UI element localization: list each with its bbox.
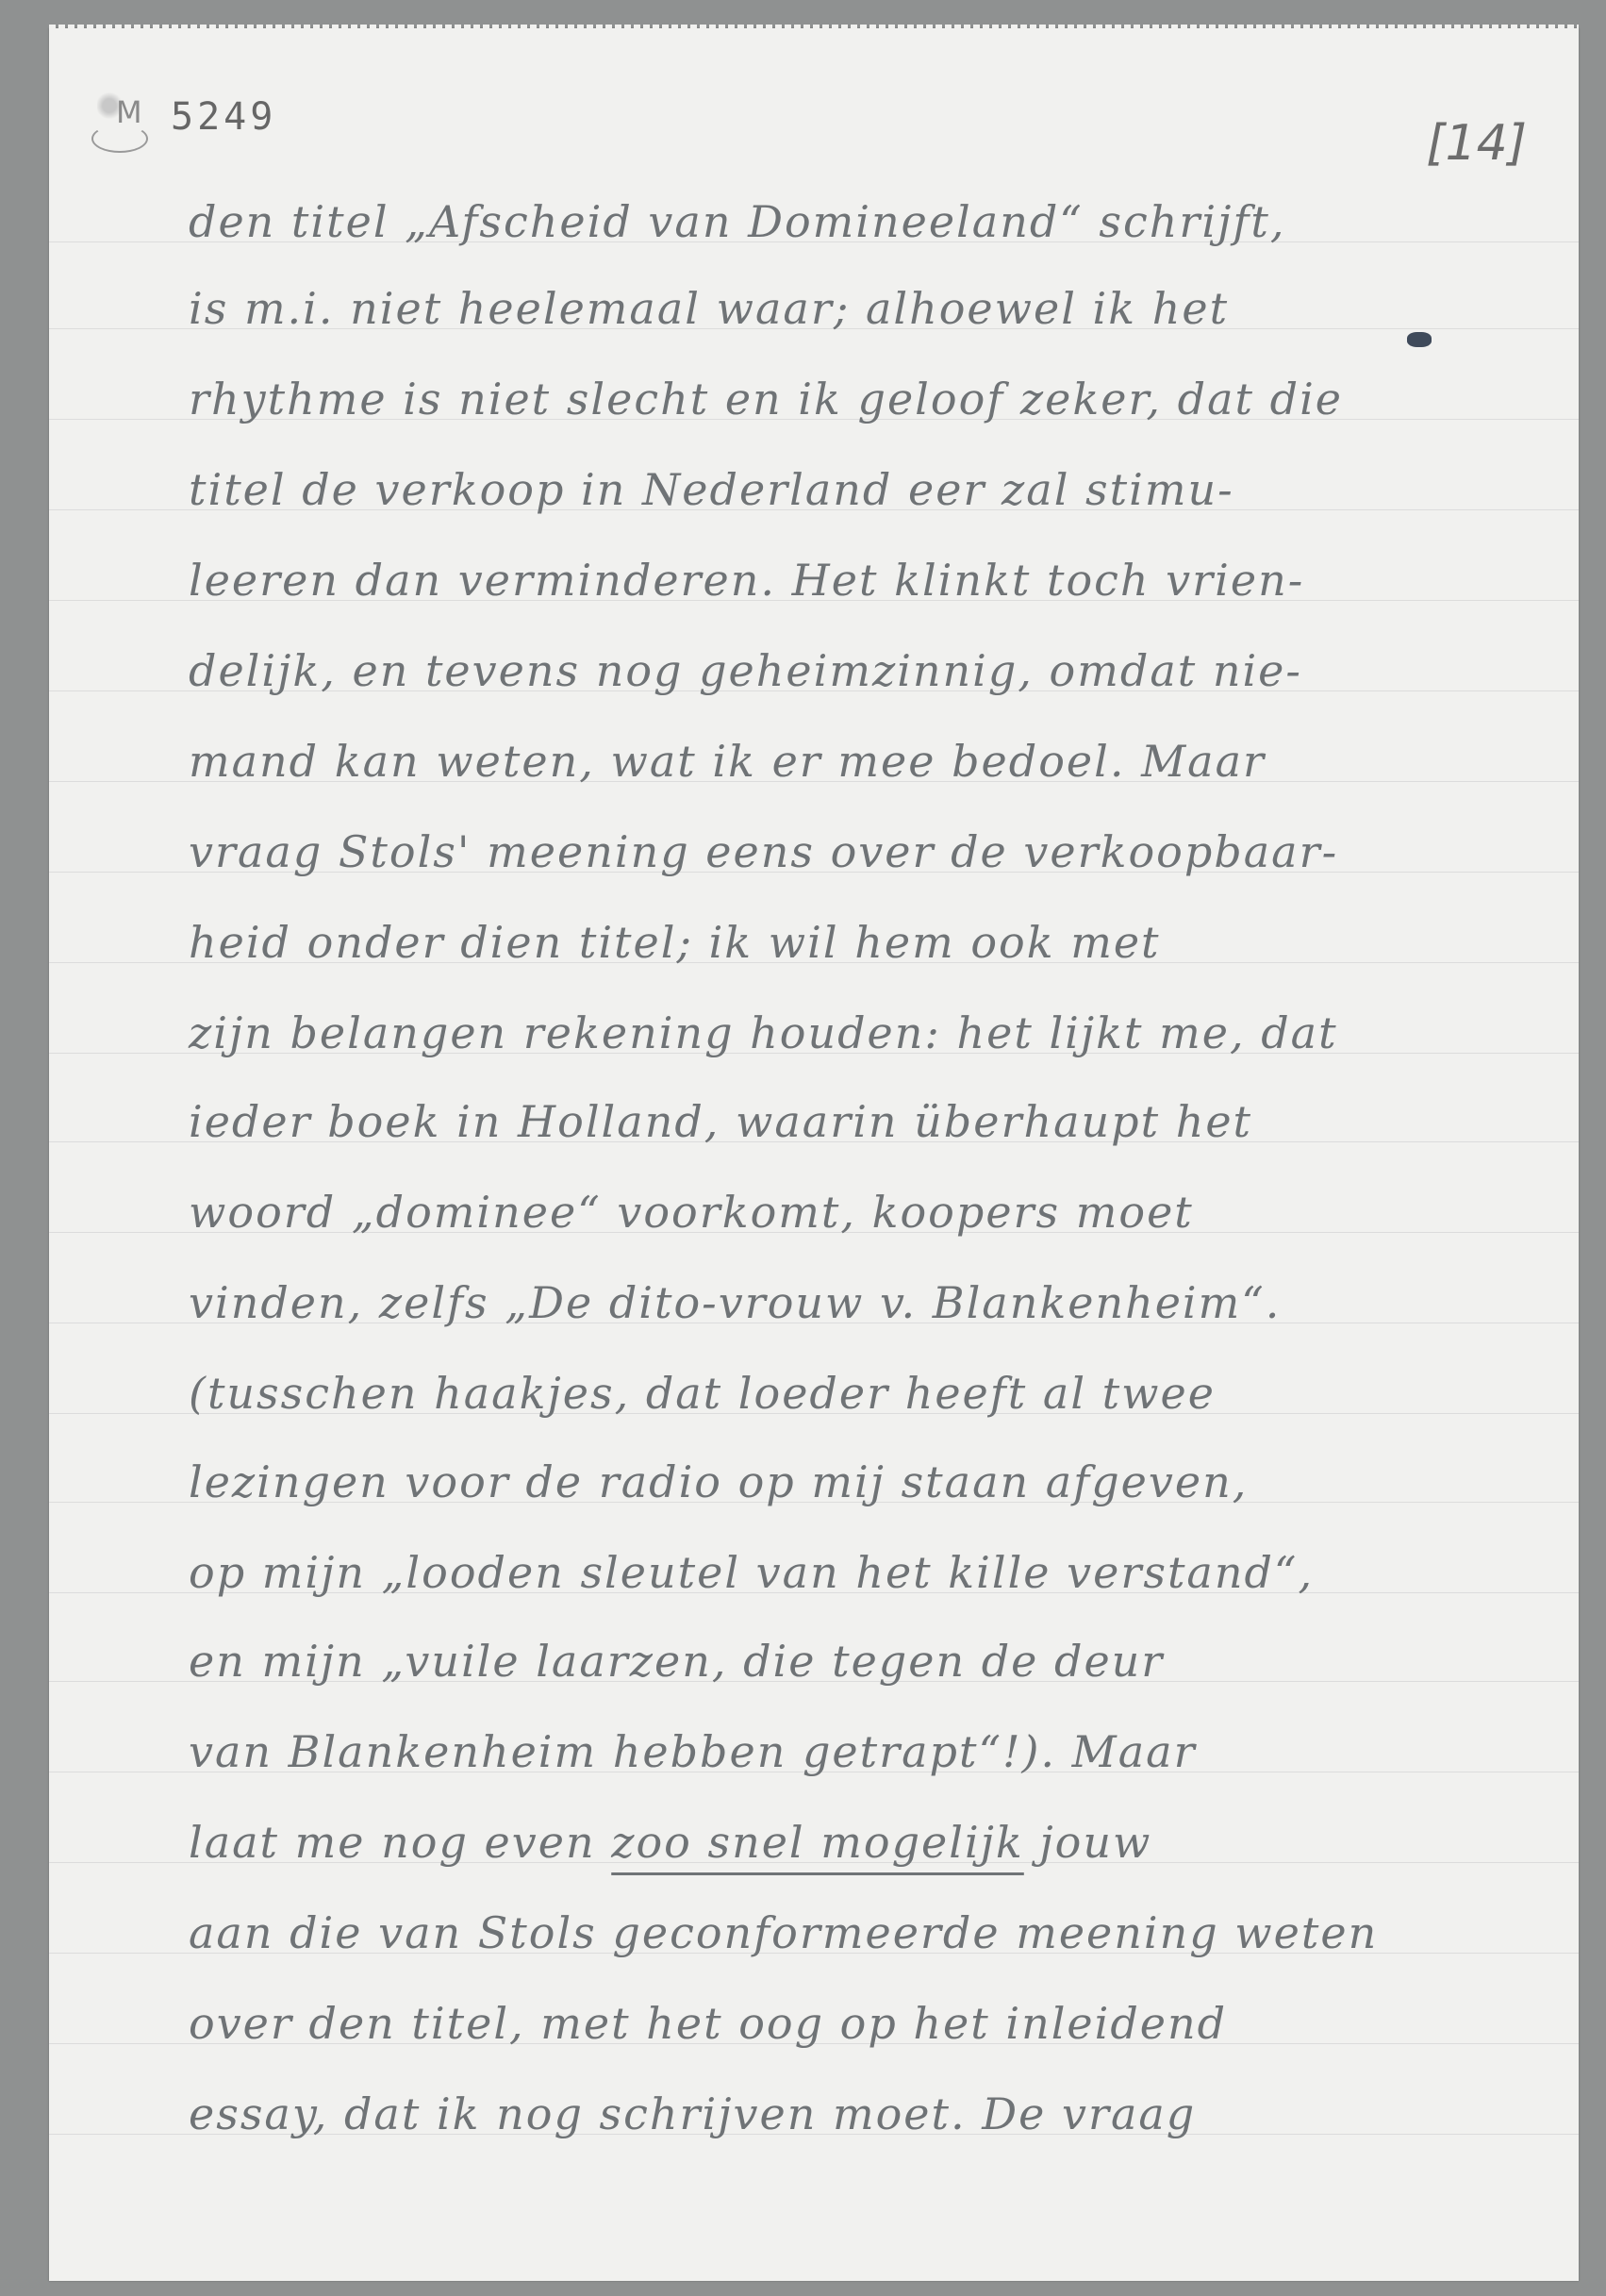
- text-line: essay, dat ik nog schrijven moet. De vra…: [189, 2088, 1196, 2139]
- text-line: zijn belangen rekening houden: het lijkt…: [189, 1007, 1338, 1058]
- text-line: titel de verkoop in Nederland eer zal st…: [189, 464, 1234, 515]
- text-line: vraag Stols' meening eens over de verkoo…: [189, 826, 1338, 877]
- archive-lion-monogram-icon: M: [91, 83, 150, 151]
- text-line: aan die van Stols geconformeerde meening…: [189, 1907, 1378, 1958]
- page-number: [14]: [1426, 115, 1527, 172]
- text-line: over den titel, met het oog op het inlei…: [189, 1998, 1227, 2049]
- text-line: heid onder dien titel; ik wil hem ook me…: [189, 917, 1161, 968]
- text-line: (tusschen haakjes, dat loeder heeft al t…: [189, 1368, 1216, 1419]
- text-line: woord „dominee“ voorkomt, koopers moet: [189, 1187, 1194, 1238]
- text-line: en mijn „vuile laarzen, die tegen de deu…: [189, 1636, 1164, 1687]
- text-line: den titel „Afscheid van Domineeland“ sch…: [189, 196, 1286, 247]
- text-line: leeren dan verminderen. Het klinkt toch …: [189, 555, 1304, 606]
- archive-stamp: M 5249: [91, 83, 276, 151]
- letter-page: M 5249 [14] den titel „Afscheid van Domi…: [49, 28, 1579, 2281]
- text-line: laat me nog even zoo snel mogelijk jouw: [189, 1817, 1151, 1868]
- ink-blot: [1407, 332, 1432, 347]
- text-line: vinden, zelfs „De dito-vrouw v. Blankenh…: [189, 1277, 1281, 1328]
- archive-number: 5249: [171, 95, 276, 139]
- text-line: lezingen voor de radio op mij staan afge…: [189, 1456, 1248, 1507]
- text-line: op mijn „looden sleutel van het kille ve…: [189, 1547, 1314, 1598]
- text-line: ieder boek in Holland, waarin überhaupt …: [189, 1096, 1252, 1147]
- underlined-phrase: zoo snel mogelijk: [611, 1817, 1024, 1868]
- text-line: mand kan weten, wat ik er mee bedoel. Ma…: [189, 736, 1266, 787]
- text-line: is m.i. niet heelemaal waar; alhoewel ik…: [189, 283, 1229, 334]
- text-line: van Blankenheim hebben getrapt“!). Maar: [189, 1726, 1197, 1777]
- text-line: delijk, en tevens nog geheimzinnig, omda…: [189, 645, 1302, 696]
- text-line: rhythme is niet slecht en ik geloof zeke…: [189, 374, 1343, 424]
